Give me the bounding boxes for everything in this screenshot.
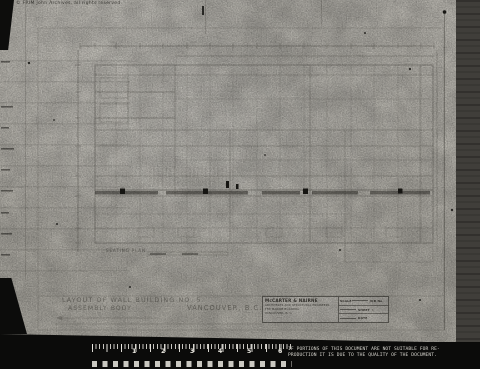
scale-label: SCALE (340, 299, 352, 303)
scanner-background-edge (456, 0, 480, 342)
ruler-number: 3 (190, 348, 194, 355)
ruler-number: 4 (218, 348, 222, 355)
sheet-title-line2-right: VANCOUVER, B.C. (187, 304, 262, 312)
title-block-row-date: DATE (339, 314, 388, 322)
sheet-label: SHEET (358, 308, 370, 312)
sheet-title-line1: LAYOUT OF WALL BUILDING NO. 5 (62, 296, 202, 304)
quality-notice: IF PORTIONS OF THIS DOCUMENT ARE NOT SUI… (288, 347, 466, 359)
title-block-fields: SCALE JOB No. SHEET 1 DATE (339, 297, 388, 322)
ruler-number: 1 (132, 348, 136, 355)
fold-crease (321, 0, 322, 26)
ruled-line (340, 309, 356, 310)
copyright-watermark: © FRIM John Archives, all rights reserve… (16, 1, 122, 6)
quality-notice-line2: PRODUCTION IT IS DUE TO THE QUALITY OF T… (288, 353, 466, 359)
title-block-row-job: SCALE JOB No. (339, 297, 388, 306)
ruler-number: 5 (247, 348, 251, 355)
scale-block-strip (92, 361, 292, 367)
fold-crease (25, 0, 26, 280)
title-block: McCARTER & NAIRNE ARCHITECTS AND STRUCTU… (262, 296, 389, 323)
title-block-firm: McCARTER & NAIRNE ARCHITECTS AND STRUCTU… (263, 297, 339, 322)
job-label: JOB No. (370, 299, 384, 303)
plan-caption: SEATING PLAN (106, 248, 146, 253)
ruled-line (352, 300, 368, 301)
photographic-scale-ruler: 1 2 3 4 5 6 (92, 344, 292, 360)
ruler-number: 2 (161, 348, 165, 355)
date-label: DATE (358, 316, 367, 320)
scanned-drawing-page: © FRIM John Archives, all rights reserve… (0, 0, 480, 369)
ruled-line (340, 318, 356, 319)
scan-banding (0, 60, 130, 290)
firm-address2: VANCOUVER, B. C. (265, 311, 336, 315)
sheet-value: 1 (372, 308, 374, 312)
sheet-title-line2-left: ASSEMBLY BODY (68, 305, 132, 312)
fold-crease (205, 0, 206, 34)
ruler-number: 6 (278, 348, 282, 355)
title-block-row-sheet: SHEET 1 (339, 306, 388, 315)
